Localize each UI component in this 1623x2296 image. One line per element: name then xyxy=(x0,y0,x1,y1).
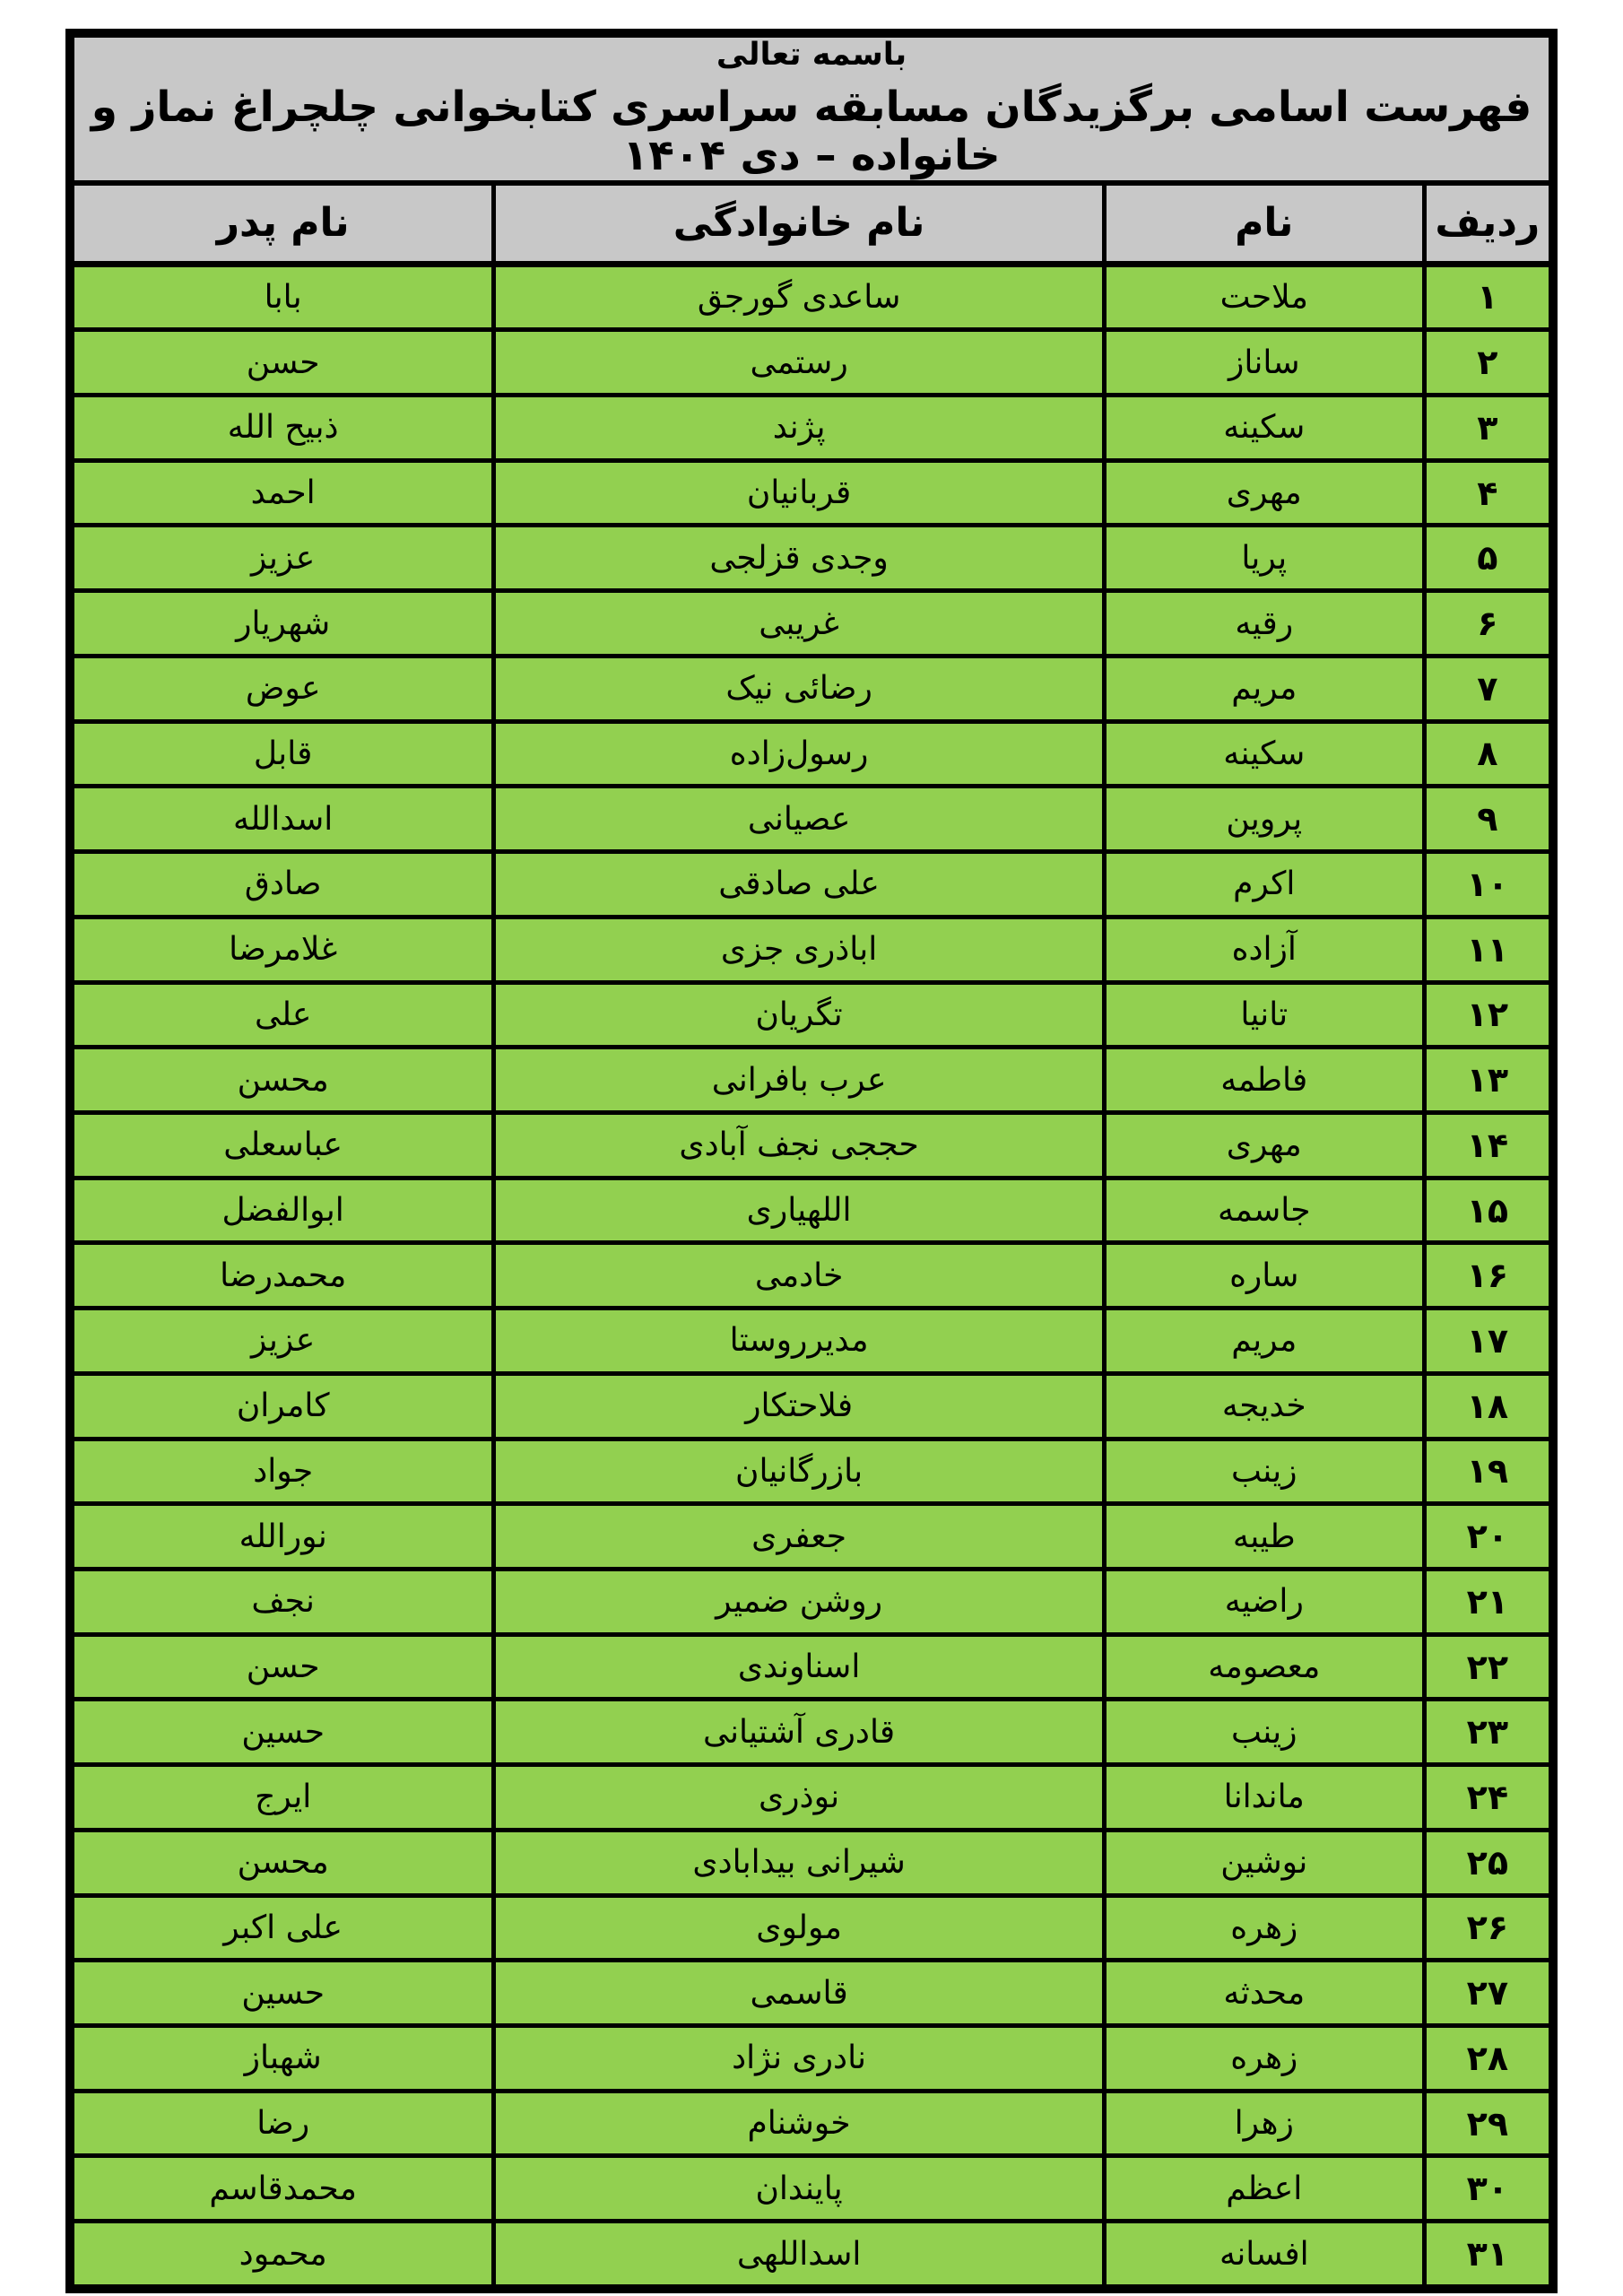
table-row: ۱۶سارهخادمیمحمدرضا xyxy=(74,1245,1549,1310)
last-name-cell: رستمی xyxy=(491,332,1102,393)
last-name-cell: جعفری xyxy=(491,1506,1102,1567)
table-row: ۳سکینهپژندذبیح الله xyxy=(74,397,1549,463)
table-row: ۱۸خدیجهفلاحتکارکامران xyxy=(74,1376,1549,1441)
first-name-cell: پروین xyxy=(1102,788,1422,849)
row-number-cell: ۴ xyxy=(1422,463,1549,524)
last-name-cell: حججی نجف آبادی xyxy=(491,1115,1102,1176)
first-name-cell: محدثه xyxy=(1102,1962,1422,2023)
first-name-cell: افسانه xyxy=(1102,2223,1422,2284)
last-name-cell: عصیانی xyxy=(491,788,1102,849)
table-row: ۲۸زهرهنادری نژادشهباز xyxy=(74,2028,1549,2093)
first-name-cell: راضیه xyxy=(1102,1571,1422,1632)
table-row: ۲۲معصومهاسناوندیحسن xyxy=(74,1637,1549,1702)
first-name-cell: اکرم xyxy=(1102,854,1422,915)
father-name-cell: محسن xyxy=(74,1832,491,1893)
first-name-cell: مهری xyxy=(1102,1115,1422,1176)
last-name-cell: اسناوندی xyxy=(491,1637,1102,1698)
row-number-cell: ۱۹ xyxy=(1422,1441,1549,1502)
column-header-father-name: نام پدر xyxy=(74,186,491,261)
last-name-cell: بازرگانیان xyxy=(491,1441,1102,1502)
father-name-cell: رضا xyxy=(74,2093,491,2154)
table-row: ۸سکینهرسول‌زادهقابل xyxy=(74,724,1549,789)
row-number-cell: ۲۴ xyxy=(1422,1767,1549,1828)
table-row: ۱۴مهریحججی نجف آبادیعباسعلی xyxy=(74,1115,1549,1180)
father-name-cell: صادق xyxy=(74,854,491,915)
last-name-cell: رسول‌زاده xyxy=(491,724,1102,785)
table-row: ۲۷محدثهقاسمیحسین xyxy=(74,1962,1549,2028)
table-row: ۶رقیهغریبیشهریار xyxy=(74,593,1549,658)
first-name-cell: اعظم xyxy=(1102,2158,1422,2219)
last-name-cell: روشن ضمیر xyxy=(491,1571,1102,1632)
father-name-cell: حسین xyxy=(74,1962,491,2023)
table-row: ۲سانازرستمیحسن xyxy=(74,332,1549,397)
first-name-cell: ماندانا xyxy=(1102,1767,1422,1828)
column-header-radif: ردیف xyxy=(1422,186,1549,261)
row-number-cell: ۳ xyxy=(1422,397,1549,458)
father-name-cell: ایرج xyxy=(74,1767,491,1828)
last-name-cell: پژند xyxy=(491,397,1102,458)
first-name-cell: زهرا xyxy=(1102,2093,1422,2154)
first-name-cell: مریم xyxy=(1102,658,1422,719)
table-row: ۳۱افسانهاسداللهیمحمود xyxy=(74,2223,1549,2284)
bismillah-text: باسمه تعالی xyxy=(716,38,907,73)
father-name-cell: محمود xyxy=(74,2223,491,2284)
first-name-cell: سکینه xyxy=(1102,724,1422,785)
first-name-cell: زینب xyxy=(1102,1701,1422,1762)
first-name-cell: ملاحت xyxy=(1102,267,1422,328)
row-number-cell: ۱۶ xyxy=(1422,1245,1549,1306)
father-name-cell: محمدقاسم xyxy=(74,2158,491,2219)
father-name-cell: علی xyxy=(74,985,491,1046)
row-number-cell: ۲۲ xyxy=(1422,1637,1549,1698)
last-name-cell: نادری نژاد xyxy=(491,2028,1102,2089)
last-name-cell: نوذری xyxy=(491,1767,1102,1828)
first-name-cell: آزاده xyxy=(1102,919,1422,980)
table-row: ۱۲تانیاتگریانعلی xyxy=(74,985,1549,1050)
father-name-cell: حسن xyxy=(74,1637,491,1698)
first-name-cell: مریم xyxy=(1102,1310,1422,1371)
father-name-cell: احمد xyxy=(74,463,491,524)
row-number-cell: ۲۱ xyxy=(1422,1571,1549,1632)
father-name-cell: عزیز xyxy=(74,527,491,588)
table-row: ۱ملاحتساعدی گورجقبابا xyxy=(74,267,1549,333)
column-header-last-name: نام خانوادگی xyxy=(491,186,1102,261)
last-name-cell: خادمی xyxy=(491,1245,1102,1306)
row-number-cell: ۲۳ xyxy=(1422,1701,1549,1762)
last-name-cell: شیرانی بیدابادی xyxy=(491,1832,1102,1893)
row-number-cell: ۹ xyxy=(1422,788,1549,849)
father-name-cell: ذبیح الله xyxy=(74,397,491,458)
table-row: ۲۴ماندانانوذریایرج xyxy=(74,1767,1549,1832)
first-name-cell: زهره xyxy=(1102,2028,1422,2089)
first-name-cell: پریا xyxy=(1102,527,1422,588)
last-name-cell: فلاحتکار xyxy=(491,1376,1102,1437)
row-number-cell: ۲۷ xyxy=(1422,1962,1549,2023)
table-row: ۱۵جاسمهاللهیاریابوالفضل xyxy=(74,1180,1549,1246)
row-number-cell: ۷ xyxy=(1422,658,1549,719)
column-header-first-name: نام xyxy=(1102,186,1422,261)
father-name-cell: غلامرضا xyxy=(74,919,491,980)
document-title: فهرست اسامی برگزیدگان مسابقه سراسری کتاب… xyxy=(74,83,1549,180)
first-name-cell: رقیه xyxy=(1102,593,1422,654)
table-row: ۱۱آزادهاباذری جزیغلامرضا xyxy=(74,919,1549,985)
row-number-cell: ۱۱ xyxy=(1422,919,1549,980)
first-name-cell: تانیا xyxy=(1102,985,1422,1046)
table-row: ۱۳فاطمهعرب بافرانیمحسن xyxy=(74,1049,1549,1115)
row-number-cell: ۲۸ xyxy=(1422,2028,1549,2089)
last-name-cell: تگریان xyxy=(491,985,1102,1046)
table-row: ۲۶زهرهمولویعلی اکبر xyxy=(74,1898,1549,1963)
table-row: ۹پروینعصیانیاسدالله xyxy=(74,788,1549,854)
last-name-cell: اسداللهی xyxy=(491,2223,1102,2284)
first-name-cell: خدیجه xyxy=(1102,1376,1422,1437)
first-name-cell: فاطمه xyxy=(1102,1049,1422,1110)
row-number-cell: ۲۰ xyxy=(1422,1506,1549,1567)
last-name-cell: اللهیاری xyxy=(491,1180,1102,1241)
first-name-cell: ساناز xyxy=(1102,332,1422,393)
table-row: ۲۵نوشینشیرانی بیدابادیمحسن xyxy=(74,1832,1549,1898)
row-number-cell: ۲ xyxy=(1422,332,1549,393)
table-row: ۷مریمرضائی نیکعوض xyxy=(74,658,1549,724)
row-number-cell: ۸ xyxy=(1422,724,1549,785)
first-name-cell: زینب xyxy=(1102,1441,1422,1502)
last-name-cell: قاسمی xyxy=(491,1962,1102,2023)
father-name-cell: محمدرضا xyxy=(74,1245,491,1306)
father-name-cell: نورالله xyxy=(74,1506,491,1567)
row-number-cell: ۲۹ xyxy=(1422,2093,1549,2154)
row-number-cell: ۳۱ xyxy=(1422,2223,1549,2284)
first-name-cell: سکینه xyxy=(1102,397,1422,458)
table-row: ۱۰اکرمعلی صادقیصادق xyxy=(74,854,1549,919)
father-name-cell: عزیز xyxy=(74,1310,491,1371)
row-number-cell: ۱ xyxy=(1422,267,1549,328)
table-body: ۱ملاحتساعدی گورجقبابا۲سانازرستمیحسن۳سکین… xyxy=(74,267,1549,2284)
table-row: ۴مهریقربانیاناحمد xyxy=(74,463,1549,528)
father-name-cell: شهباز xyxy=(74,2028,491,2089)
winners-table: باسمه تعالی فهرست اسامی برگزیدگان مسابقه… xyxy=(65,29,1558,2293)
table-row: ۲۹زهراخوشنامرضا xyxy=(74,2093,1549,2159)
first-name-cell: طیبه xyxy=(1102,1506,1422,1567)
first-name-cell: ساره xyxy=(1102,1245,1422,1306)
father-name-cell: کامران xyxy=(74,1376,491,1437)
last-name-cell: ساعدی گورجق xyxy=(491,267,1102,328)
table-row: ۱۹زینببازرگانیانجواد xyxy=(74,1441,1549,1507)
last-name-cell: رضائی نیک xyxy=(491,658,1102,719)
last-name-cell: علی صادقی xyxy=(491,854,1102,915)
last-name-cell: خوشنام xyxy=(491,2093,1102,2154)
row-number-cell: ۱۷ xyxy=(1422,1310,1549,1371)
table-row: ۲۰طیبهجعفرینورالله xyxy=(74,1506,1549,1571)
document-page: باسمه تعالی فهرست اسامی برگزیدگان مسابقه… xyxy=(0,0,1623,2296)
row-number-cell: ۶ xyxy=(1422,593,1549,654)
row-number-cell: ۱۸ xyxy=(1422,1376,1549,1437)
father-name-cell: عوض xyxy=(74,658,491,719)
last-name-cell: قربانیان xyxy=(491,463,1102,524)
last-name-cell: وجدی قزلجی xyxy=(491,527,1102,588)
row-number-cell: ۱۰ xyxy=(1422,854,1549,915)
father-name-cell: نجف xyxy=(74,1571,491,1632)
father-name-cell: جواد xyxy=(74,1441,491,1502)
father-name-cell: شهریار xyxy=(74,593,491,654)
father-name-cell: علی اکبر xyxy=(74,1898,491,1959)
father-name-cell: ابوالفضل xyxy=(74,1180,491,1241)
first-name-cell: جاسمه xyxy=(1102,1180,1422,1241)
first-name-cell: نوشین xyxy=(1102,1832,1422,1893)
last-name-cell: قادری آشتیانی xyxy=(491,1701,1102,1762)
table-row: ۲۳زینبقادری آشتیانیحسین xyxy=(74,1701,1549,1767)
father-name-cell: حسن xyxy=(74,332,491,393)
first-name-cell: زهره xyxy=(1102,1898,1422,1959)
row-number-cell: ۳۰ xyxy=(1422,2158,1549,2219)
father-name-cell: قابل xyxy=(74,724,491,785)
table-row: ۲۱راضیهروشن ضمیرنجف xyxy=(74,1571,1549,1637)
last-name-cell: پایندان xyxy=(491,2158,1102,2219)
row-number-cell: ۵ xyxy=(1422,527,1549,588)
row-number-cell: ۱۳ xyxy=(1422,1049,1549,1110)
table-row: ۵پریاوجدی قزلجیعزیز xyxy=(74,527,1549,593)
table-row: ۱۷مریممدیرروستاعزیز xyxy=(74,1310,1549,1376)
row-number-cell: ۲۵ xyxy=(1422,1832,1549,1893)
document-header: باسمه تعالی فهرست اسامی برگزیدگان مسابقه… xyxy=(74,38,1549,186)
last-name-cell: مدیرروستا xyxy=(491,1310,1102,1371)
first-name-cell: معصومه xyxy=(1102,1637,1422,1698)
last-name-cell: اباذری جزی xyxy=(491,919,1102,980)
first-name-cell: مهری xyxy=(1102,463,1422,524)
row-number-cell: ۱۵ xyxy=(1422,1180,1549,1241)
last-name-cell: عرب بافرانی xyxy=(491,1049,1102,1110)
father-name-cell: اسدالله xyxy=(74,788,491,849)
last-name-cell: مولوی xyxy=(491,1898,1102,1959)
table-header-row: ردیفنامنام خانوادگینام پدر xyxy=(74,186,1549,267)
father-name-cell: عباسعلی xyxy=(74,1115,491,1176)
row-number-cell: ۱۲ xyxy=(1422,985,1549,1046)
father-name-cell: محسن xyxy=(74,1049,491,1110)
last-name-cell: غریبی xyxy=(491,593,1102,654)
father-name-cell: حسین xyxy=(74,1701,491,1762)
row-number-cell: ۲۶ xyxy=(1422,1898,1549,1959)
father-name-cell: بابا xyxy=(74,267,491,328)
row-number-cell: ۱۴ xyxy=(1422,1115,1549,1176)
table-row: ۳۰اعظمپایندانمحمدقاسم xyxy=(74,2158,1549,2223)
